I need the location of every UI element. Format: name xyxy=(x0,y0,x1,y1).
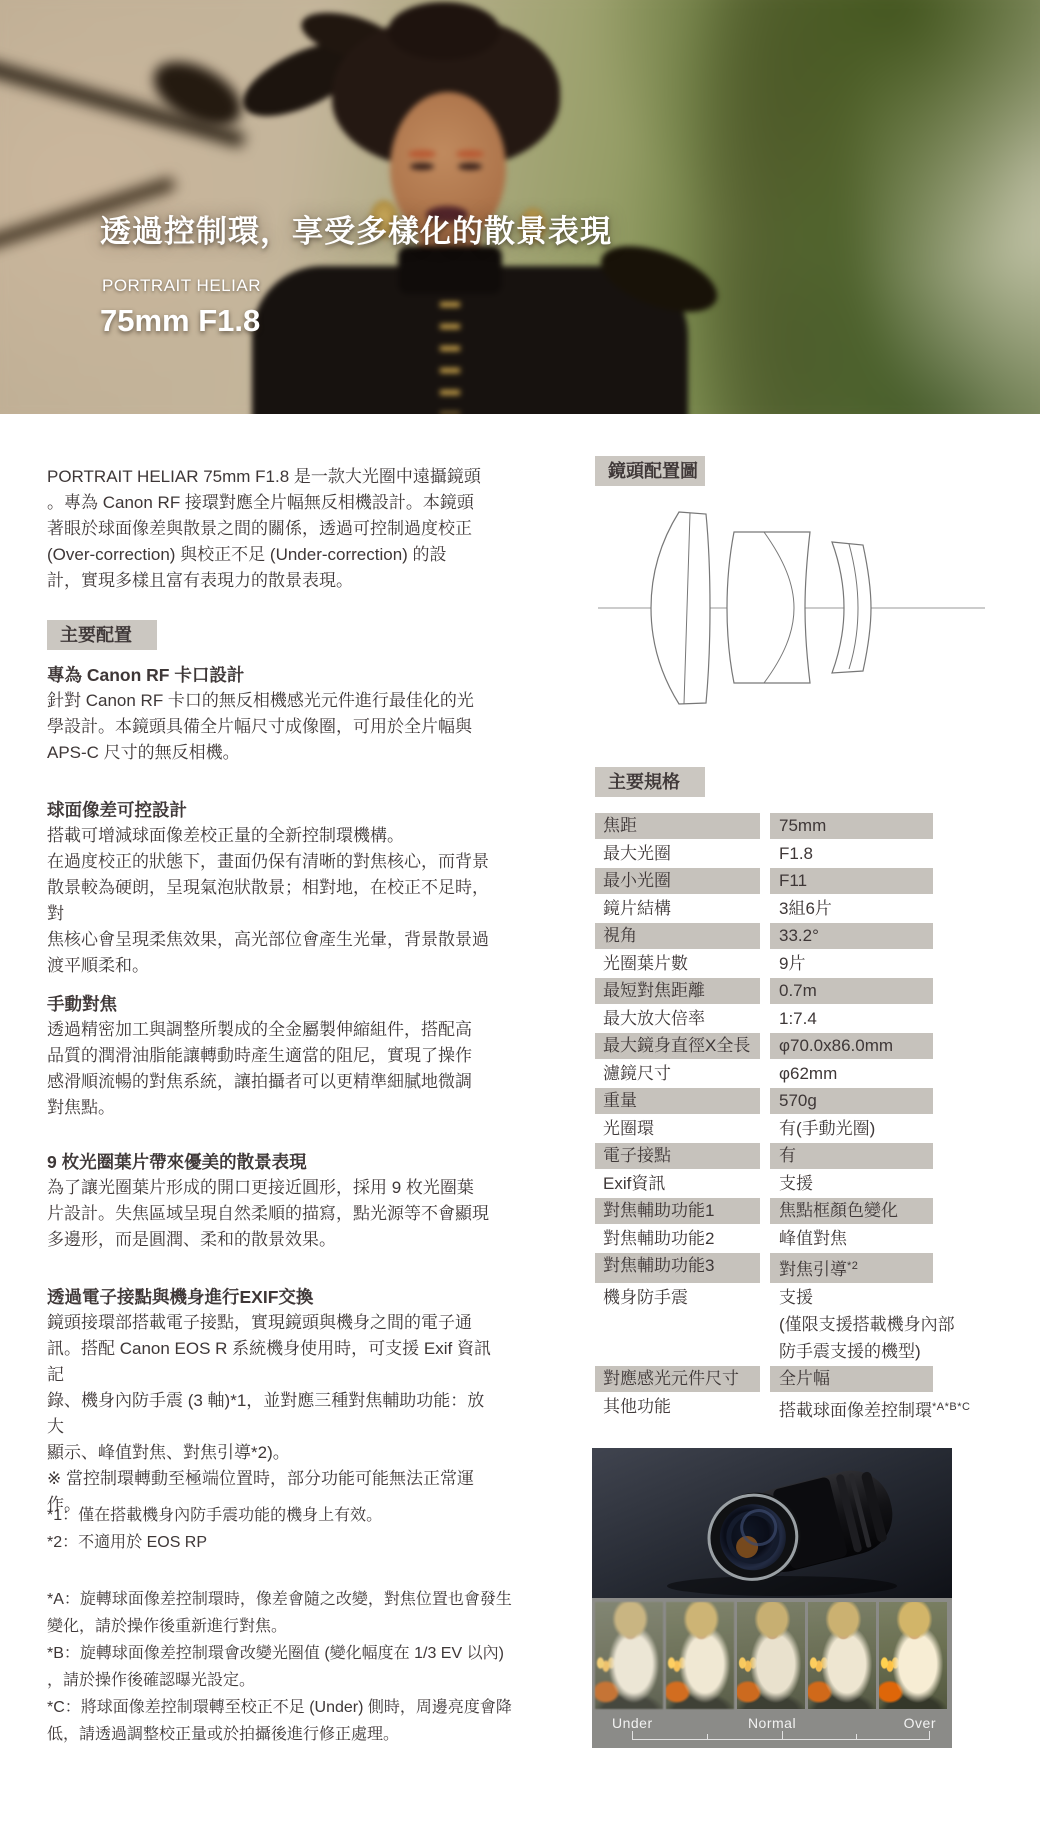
spec-label: 最小光圈 xyxy=(595,868,760,894)
spec-label: 最大放大倍率 xyxy=(595,1006,760,1032)
spec-label: 光圈環 xyxy=(595,1116,760,1142)
feature-body: 搭載可增減球面像差校正量的全新控制環機構。 在過度校正的狀態下，畫面仍保有清晰的… xyxy=(47,823,492,979)
spec-row: 對焦輔助功能1焦點框顏色變化 xyxy=(595,1198,1015,1224)
spec-value: 對焦引導*2 xyxy=(770,1253,933,1283)
feature-heading: 球面像差可控設計 xyxy=(47,797,492,823)
spec-label: 其他功能 xyxy=(595,1394,760,1424)
comparison-scale xyxy=(632,1731,930,1740)
feature-block: 手動對焦透過精密加工與調整所製成的全金屬製伸縮組件，搭配高 品質的潤滑油脂能讓轉… xyxy=(47,991,492,1121)
feature-block: 透過電子接點與機身進行EXIF交換鏡頭接環部搭載電子接點，實現鏡頭與機身之間的電… xyxy=(47,1284,492,1518)
spec-value: F1.8 xyxy=(770,841,933,867)
bokeh-comparison-strip: Under Normal Over xyxy=(592,1598,952,1748)
spec-value: 支援(僅限支援搭載機身內部防手震支援的機型) xyxy=(770,1285,933,1365)
lens-product-photo xyxy=(592,1448,952,1598)
spec-row: 機身防手震支援(僅限支援搭載機身內部防手震支援的機型) xyxy=(595,1285,1015,1365)
feature-body: 透過精密加工與調整所製成的全金屬製伸縮組件，搭配高 品質的潤滑油脂能讓轉動時產生… xyxy=(47,1017,492,1121)
spec-label: 最大鏡身直徑X全長 xyxy=(595,1033,760,1059)
lens-model-name: 75mm F1.8 xyxy=(100,303,260,339)
feature-body: 為了讓光圈葉片形成的開口更接近圓形，採用 9 枚光圈葉 片設計。失焦區域呈現自然… xyxy=(47,1175,492,1253)
spec-row: 光圈葉片數9片 xyxy=(595,951,1015,977)
comparison-labels: Under Normal Over xyxy=(592,1715,952,1731)
spec-row: 最短對焦距離0.7m xyxy=(595,978,1015,1004)
spec-value: 1:7.4 xyxy=(770,1006,933,1032)
feature-block: 球面像差可控設計搭載可增減球面像差校正量的全新控制環機構。 在過度校正的狀態下，… xyxy=(47,797,492,979)
spec-label: 重量 xyxy=(595,1088,760,1114)
spec-row: 最小光圈F11 xyxy=(595,868,1015,894)
spec-row: 視角33.2° xyxy=(595,923,1015,949)
feature-heading: 9 枚光圈葉片帶來優美的散景表現 xyxy=(47,1149,492,1175)
spec-row: 電子接點有 xyxy=(595,1143,1015,1169)
spec-value: 峰值對焦 xyxy=(770,1226,933,1252)
spec-label: 對焦輔助功能3 xyxy=(595,1253,760,1283)
spec-label: 濾鏡尺寸 xyxy=(595,1061,760,1087)
spec-value: 3組6片 xyxy=(770,896,933,922)
section-badge-main-features: 主要配置 xyxy=(47,620,157,650)
comparison-thumbnail xyxy=(666,1602,734,1709)
spec-label: Exif資訊 xyxy=(595,1171,760,1197)
spec-label: 視角 xyxy=(595,923,760,949)
spec-row: 光圈環有(手動光圈) xyxy=(595,1116,1015,1142)
comparison-thumbnails xyxy=(595,1602,947,1709)
spec-value: 有(手動光圈) xyxy=(770,1116,933,1142)
hero-headline: 透過控制環，享受多樣化的散景表現 xyxy=(100,206,612,251)
spec-row: 最大鏡身直徑X全長φ70.0x86.0mm xyxy=(595,1033,1015,1059)
footnotes-numeric: *1：僅在搭載機身內防手震功能的機身上有效。 *2：不適用於 EOS RP xyxy=(47,1502,522,1556)
spec-row: 對焦輔助功能3對焦引導*2 xyxy=(595,1253,1015,1283)
spec-value: 支援 xyxy=(770,1171,933,1197)
feature-heading: 透過電子接點與機身進行EXIF交換 xyxy=(47,1284,492,1310)
spec-row: 濾鏡尺寸φ62mm xyxy=(595,1061,1015,1087)
hero-banner: 透過控制環，享受多樣化的散景表現 PORTRAIT HELIAR 75mm F1… xyxy=(0,0,1040,414)
spec-row: 對焦輔助功能2峰值對焦 xyxy=(595,1226,1015,1252)
spec-label: 對焦輔助功能1 xyxy=(595,1198,760,1224)
feature-body: 針對 Canon RF 卡口的無反相機感光元件進行最佳化的光 學設計。本鏡頭具備… xyxy=(47,688,492,766)
product-page: 透過控制環，享受多樣化的散景表現 PORTRAIT HELIAR 75mm F1… xyxy=(0,0,1040,1846)
spec-value: 焦點框顏色變化 xyxy=(770,1198,933,1224)
lens-construction-diagram xyxy=(593,500,993,715)
footnotes-alpha: *A：旋轉球面像差控制環時，像差會隨之改變，對焦位置也會發生 變化，請於操作後重… xyxy=(47,1586,522,1748)
feature-heading: 專為 Canon RF 卡口設計 xyxy=(47,662,492,688)
lens-photo-art xyxy=(592,1448,952,1598)
spec-row: 重量570g xyxy=(595,1088,1015,1114)
spec-table: 焦距75mm最大光圈F1.8最小光圈F11鏡片結構3組6片視角33.2°光圈葉片… xyxy=(595,813,1015,1425)
spec-value: 570g xyxy=(770,1088,933,1114)
spec-value: 全片幅 xyxy=(770,1366,933,1392)
spec-label: 最大光圈 xyxy=(595,841,760,867)
spec-label: 鏡片結構 xyxy=(595,896,760,922)
hero-text-overlay: 透過控制環，享受多樣化的散景表現 PORTRAIT HELIAR 75mm F1… xyxy=(0,0,1040,414)
spec-label: 對焦輔助功能2 xyxy=(595,1226,760,1252)
spec-value: φ70.0x86.0mm xyxy=(770,1033,933,1059)
lens-group-2 xyxy=(727,532,810,683)
spec-row: 鏡片結構3組6片 xyxy=(595,896,1015,922)
section-badge-lens-diagram: 鏡頭配置圖 xyxy=(595,456,705,486)
feature-block: 9 枚光圈葉片帶來優美的散景表現為了讓光圈葉片形成的開口更接近圓形，採用 9 枚… xyxy=(47,1149,492,1253)
spec-label: 對應感光元件尺寸 xyxy=(595,1366,760,1392)
spec-label: 光圈葉片數 xyxy=(595,951,760,977)
comparison-thumbnail xyxy=(808,1602,876,1709)
spec-value: F11 xyxy=(770,868,933,894)
spec-label: 電子接點 xyxy=(595,1143,760,1169)
spec-value: 搭載球面像差控制環*A*B*C xyxy=(770,1394,933,1424)
feature-body: 鏡頭接環部搭載電子接點，實現鏡頭與機身之間的電子通 訊。搭配 Canon EOS… xyxy=(47,1310,492,1518)
spec-row: 其他功能搭載球面像差控制環*A*B*C xyxy=(595,1394,1015,1424)
intro-paragraph: PORTRAIT HELIAR 75mm F1.8 是一款大光圈中遠攝鏡頭 。專… xyxy=(47,464,492,594)
spec-row: 對應感光元件尺寸全片幅 xyxy=(595,1366,1015,1392)
spec-label: 最短對焦距離 xyxy=(595,978,760,1004)
section-badge-specs: 主要規格 xyxy=(595,767,705,797)
lens-series-name: PORTRAIT HELIAR xyxy=(102,276,261,296)
feature-heading: 手動對焦 xyxy=(47,991,492,1017)
spec-value: 9片 xyxy=(770,951,933,977)
lens-group-1 xyxy=(651,512,710,704)
spec-value: 有 xyxy=(770,1143,933,1169)
feature-block: 專為 Canon RF 卡口設計針對 Canon RF 卡口的無反相機感光元件進… xyxy=(47,662,492,766)
spec-row: 最大光圈F1.8 xyxy=(595,841,1015,867)
spec-row: 最大放大倍率1:7.4 xyxy=(595,1006,1015,1032)
spec-value: 33.2° xyxy=(770,923,933,949)
spec-row: Exif資訊支援 xyxy=(595,1171,1015,1197)
spec-value: 0.7m xyxy=(770,978,933,1004)
spec-label: 焦距 xyxy=(595,813,760,839)
label-normal: Normal xyxy=(592,1715,952,1731)
comparison-thumbnail xyxy=(737,1602,805,1709)
comparison-thumbnail xyxy=(595,1602,663,1709)
spec-value: 75mm xyxy=(770,813,933,839)
label-over: Over xyxy=(904,1715,936,1731)
spec-row: 焦距75mm xyxy=(595,813,1015,839)
comparison-thumbnail xyxy=(879,1602,947,1709)
spec-value: φ62mm xyxy=(770,1061,933,1087)
spec-label: 機身防手震 xyxy=(595,1285,760,1365)
